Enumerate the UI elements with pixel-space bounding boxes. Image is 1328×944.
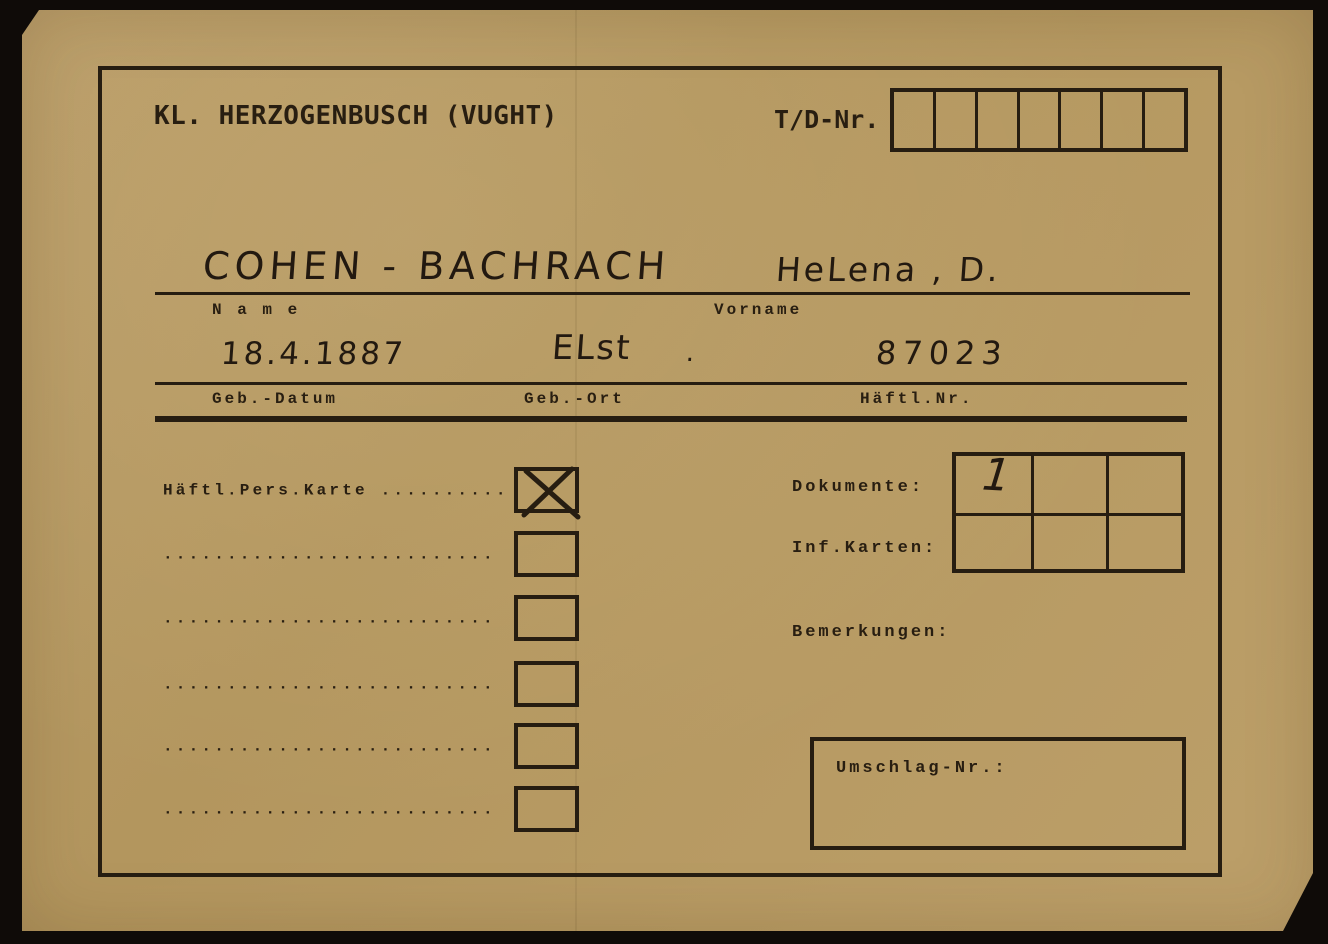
- checklist-row-label: ..........................: [163, 738, 496, 756]
- td-nr-cell: [1142, 92, 1184, 148]
- checklist-row-label: ..........................: [163, 801, 496, 819]
- documents-grid-cell: [1031, 513, 1106, 570]
- documents-grid-cell: [956, 513, 1031, 570]
- x-mark-icon: [512, 463, 588, 523]
- inf-karten-label: Inf.Karten:: [792, 539, 937, 558]
- checklist-row: ..........................: [163, 595, 583, 641]
- prisoner-number-label: Häftl.Nr.: [860, 390, 973, 408]
- scanned-prisoner-card: KL. HERZOGENBUSCH (VUGHT) T/D-Nr. COHEN …: [0, 0, 1328, 944]
- td-nr-cell: [894, 92, 933, 148]
- umschlag-nr-box: Umschlag-Nr.:: [810, 737, 1186, 850]
- checkbox: [514, 531, 579, 577]
- td-nr-grid: [890, 88, 1188, 152]
- documents-grid-cell: [1106, 456, 1181, 513]
- checkbox: [514, 723, 579, 769]
- prisoner-number-handwritten: 87023: [875, 334, 1009, 372]
- td-nr-cell: [975, 92, 1017, 148]
- birth-date-label: Geb.-Datum: [212, 390, 338, 408]
- birth-rule: [155, 382, 1187, 385]
- name-label: N a m e: [212, 301, 300, 319]
- birth-place-handwritten: ELst: [551, 328, 633, 368]
- birth-place-label: Geb.-Ort: [524, 390, 625, 408]
- td-nr-cell: [1017, 92, 1059, 148]
- td-nr-label: T/D-Nr.: [774, 105, 879, 134]
- documents-grid-cell: [1106, 513, 1181, 570]
- checklist-row-label: ..........................: [163, 676, 496, 694]
- checkbox: [514, 661, 579, 707]
- documents-grid: 1: [952, 452, 1185, 573]
- checklist-row: ..........................: [163, 531, 583, 577]
- bemerkungen-label: Bemerkungen:: [792, 623, 950, 642]
- checkbox: [514, 595, 579, 641]
- checklist-row: Häftl.Pers.Karte ..........: [163, 467, 583, 513]
- documents-grid-cell: [1031, 456, 1106, 513]
- section-divider-rule: [155, 416, 1187, 422]
- checkbox: [514, 467, 579, 513]
- documents-count-handwritten: 1: [975, 449, 1018, 501]
- checklist-row-label: ..........................: [163, 546, 496, 564]
- firstname-handwritten: HeLena , D.: [775, 250, 1002, 289]
- name-rule: [155, 292, 1190, 295]
- checkbox: [514, 786, 579, 832]
- documents-grid-cell: 1: [956, 456, 1031, 513]
- camp-title: KL. HERZOGENBUSCH (VUGHT): [154, 101, 558, 131]
- birth-date-handwritten: 18.4.1887: [220, 336, 407, 372]
- checklist-row: ..........................: [163, 786, 583, 832]
- td-nr-cell: [1100, 92, 1142, 148]
- td-nr-cell: [1058, 92, 1100, 148]
- surname-handwritten: COHEN - BACHRACH: [201, 244, 671, 288]
- checklist-row-label: Häftl.Pers.Karte ..........: [163, 482, 509, 500]
- umschlag-nr-label: Umschlag-Nr.:: [836, 759, 1008, 778]
- vorname-label: Vorname: [714, 301, 802, 319]
- dokumente-label: Dokumente:: [792, 478, 924, 497]
- checklist-row: ..........................: [163, 723, 583, 769]
- td-nr-cell: [933, 92, 975, 148]
- checklist-row: ..........................: [163, 661, 583, 707]
- checklist-row-label: ..........................: [163, 610, 496, 628]
